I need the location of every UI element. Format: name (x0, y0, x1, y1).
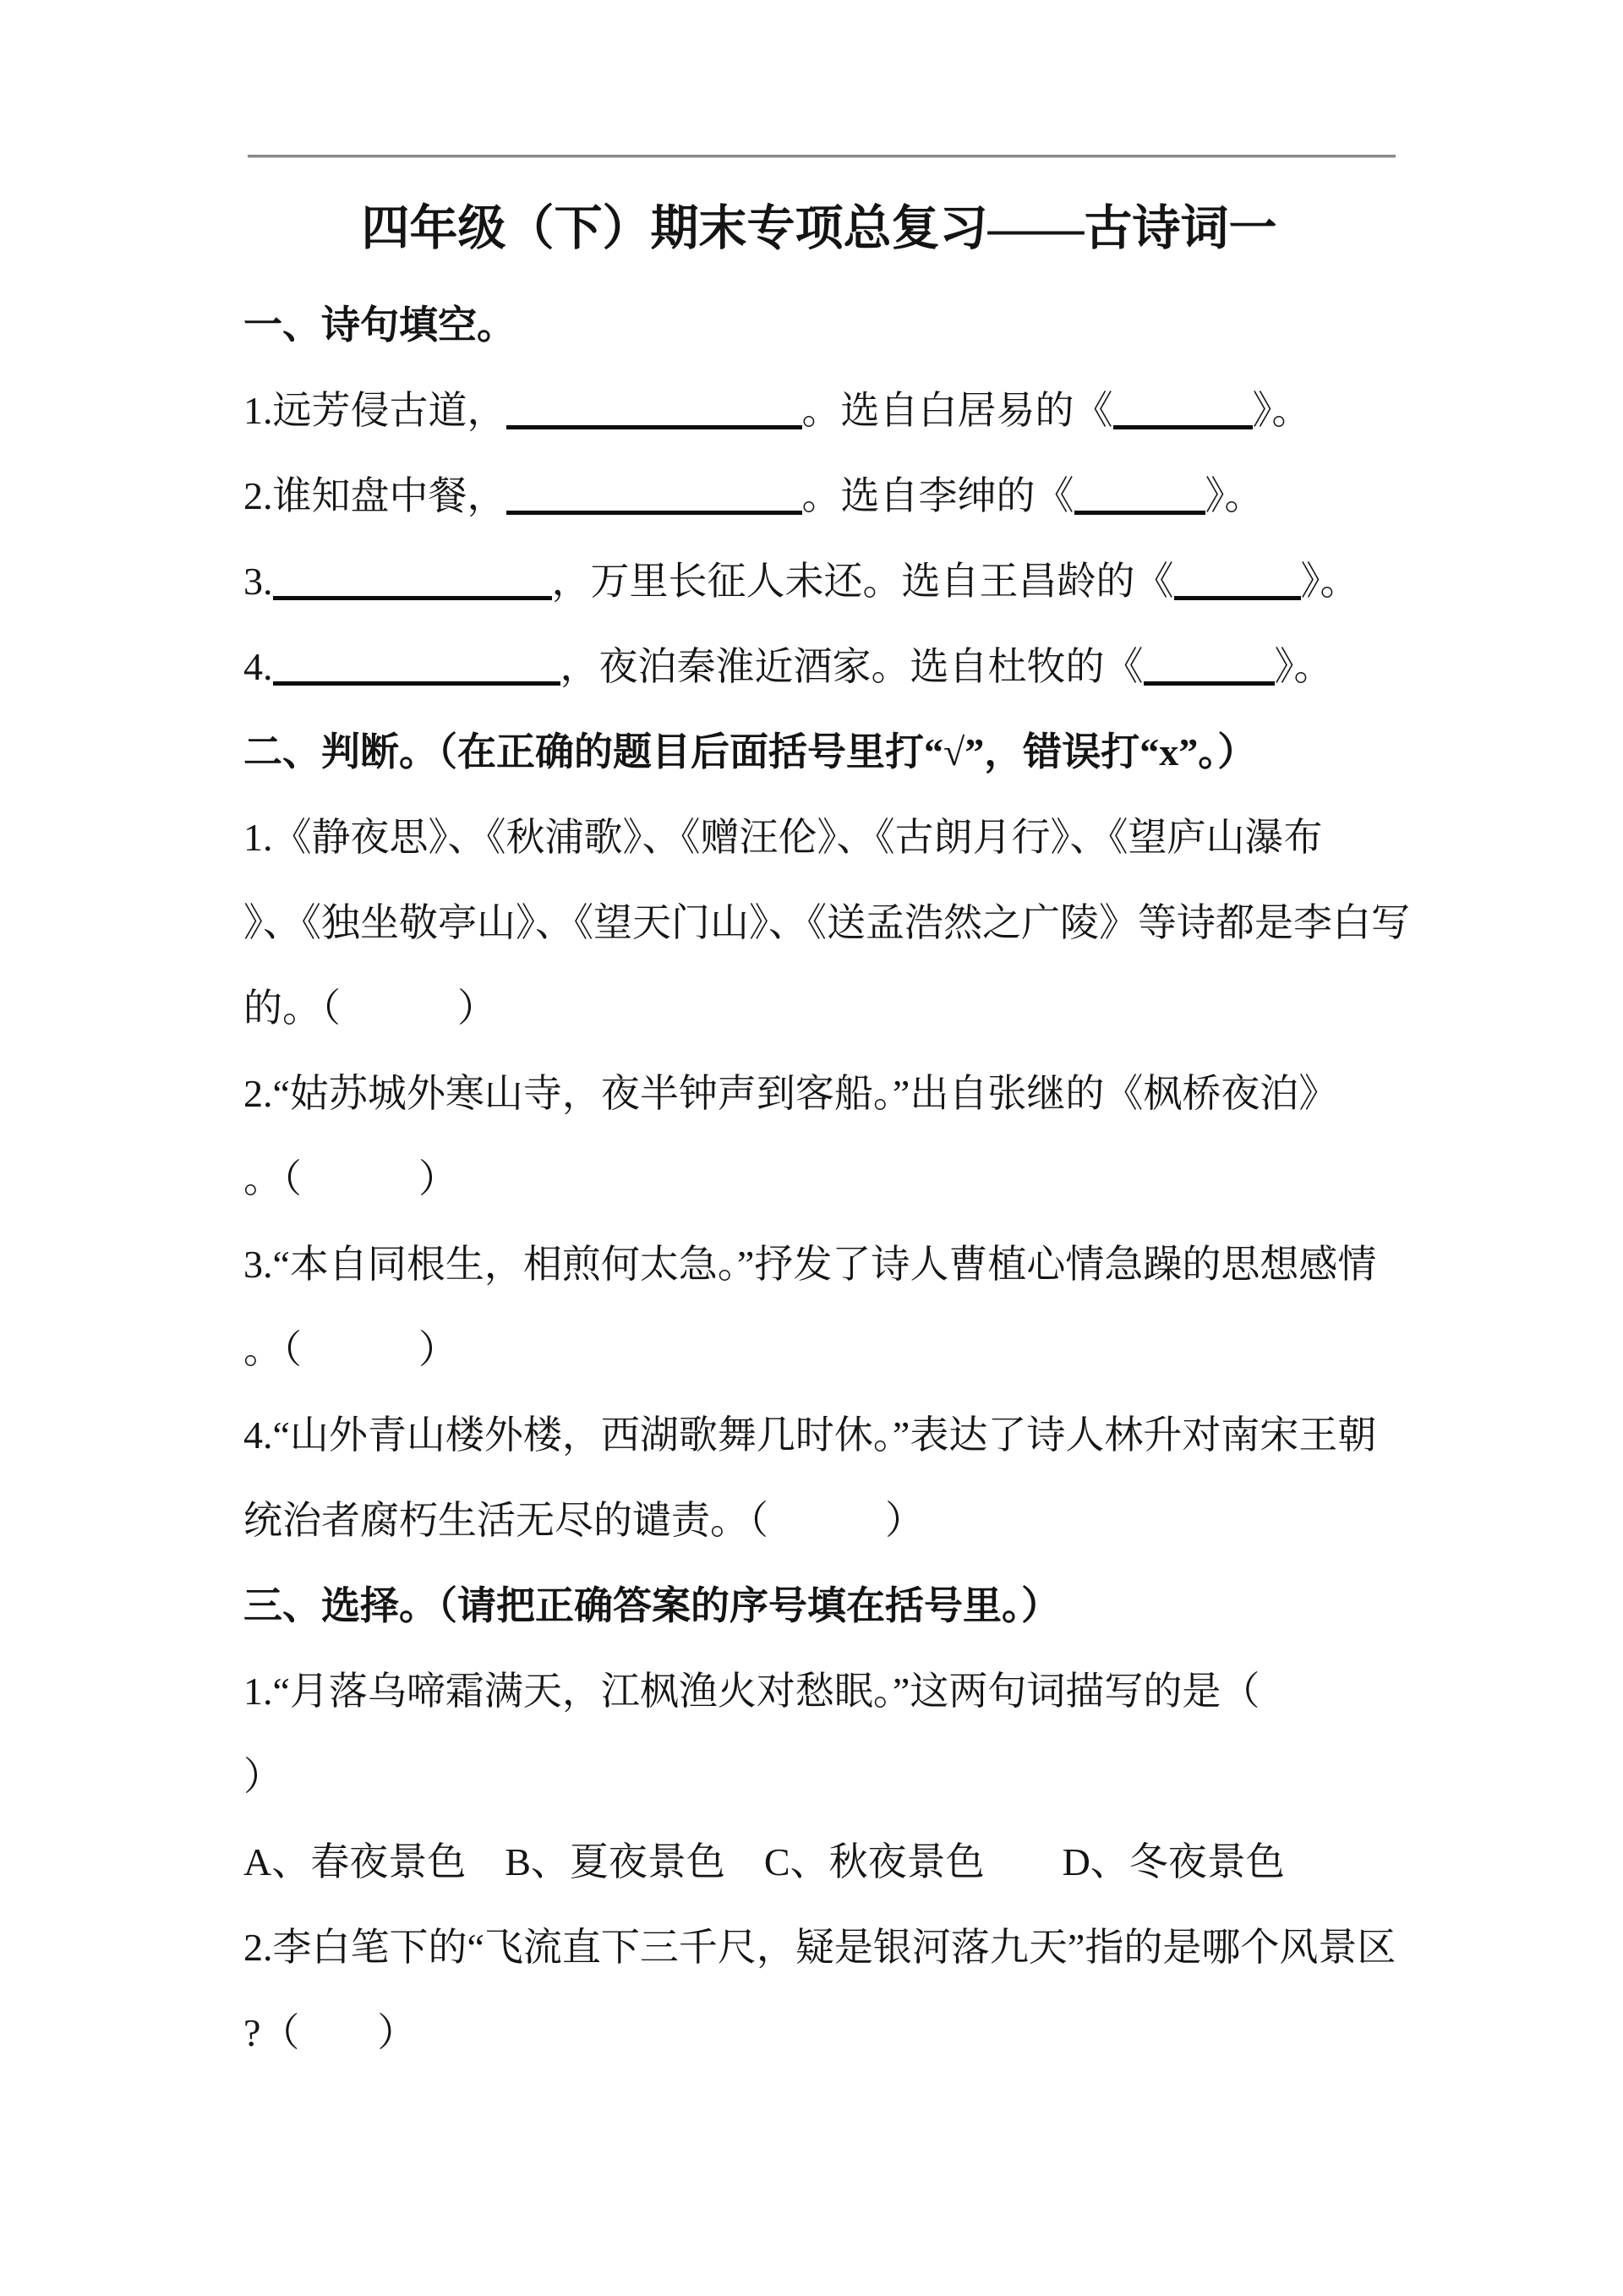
document-content: 四年级（下）期末专项总复习——古诗词一 一、诗句填空。1.远芳侵古道，。选自白居… (243, 0, 1395, 2075)
question-text: 统治者腐朽生活无尽的谴责。（ ） (243, 1499, 924, 1542)
question-text: 1.《静夜思》、《秋浦歌》、《赠汪伦》、《古朗月行》、《望庐山瀑布 (243, 816, 1323, 859)
question-text: 。选自白居易的《 (802, 389, 1113, 432)
question-text: 4. (243, 645, 273, 688)
question-line: 的。（ ） (243, 965, 1395, 1051)
section-3: 三、选择。（请把正确答案的序号填在括号里。）1.“月落乌啼霜满天，江枫渔火对愁眠… (243, 1563, 1395, 2075)
fill-blank-underline (1113, 390, 1253, 429)
question-text: 》。 (1301, 560, 1359, 603)
sections-container: 一、诗句填空。1.远芳侵古道，。选自白居易的《》。2.谁知盘中餐，。选自李绅的《… (243, 282, 1395, 2075)
fill-blank-underline (273, 646, 560, 686)
question-line: 3.，万里长征人未还。选自王昌龄的《》。 (243, 538, 1395, 624)
question-text: 。选自李绅的《 (802, 474, 1074, 517)
question-text: A、春夜景色 B、夏夜景色 C、秋夜景色 D、冬夜景色 (243, 1840, 1285, 1883)
section-heading: 二、判断。（在正确的题目后面括号里打“√”，错误打“x”。） (243, 709, 1395, 795)
question-text: 2.“姑苏城外寒山寺，夜半钟声到客船。”出自张继的《枫桥夜泊》 (243, 1072, 1337, 1115)
question-text: 4.“山外青山楼外楼，西湖歌舞几时休。”表达了诗人林升对南宋王朝 (243, 1413, 1376, 1457)
question-text: 2.李白笔下的“飞流直下三千尺，疑是银河落九天”指的是哪个风景区 (243, 1926, 1396, 1969)
question-line: 。（ ） (243, 1136, 1395, 1222)
section-heading: 一、诗句填空。 (243, 282, 1395, 368)
question-line: 2.“姑苏城外寒山寺，夜半钟声到客船。”出自张继的《枫桥夜泊》 (243, 1051, 1395, 1136)
question-text: 》。 (1275, 645, 1333, 688)
question-text: 3.“本自同根生，相煎何太急。”抒发了诗人曹植心情急躁的思想感情 (243, 1243, 1376, 1286)
question-text: 2.谁知盘中餐， (243, 474, 506, 517)
question-text: ?（ ） (243, 2011, 416, 2054)
question-text: 1.“月落乌啼霜满天，江枫渔火对愁眠。”这两句词描写的是（ (243, 1670, 1260, 1713)
question-line: ?（ ） (243, 1990, 1395, 2075)
question-line: 2.李白笔下的“飞流直下三千尺，疑是银河落九天”指的是哪个风景区 (243, 1905, 1395, 1990)
question-text: 3. (243, 560, 273, 603)
question-line: 。（ ） (243, 1307, 1395, 1392)
fill-blank-underline (1074, 475, 1205, 515)
question-line: 1.远芳侵古道，。选自白居易的《》。 (243, 368, 1395, 453)
section-2: 二、判断。（在正确的题目后面括号里打“√”，错误打“x”。）1.《静夜思》、《秋… (243, 709, 1395, 1563)
question-text: 》。 (1253, 389, 1311, 432)
question-line: ） (243, 1734, 1395, 1819)
section-1: 一、诗句填空。1.远芳侵古道，。选自白居易的《》。2.谁知盘中餐，。选自李绅的《… (243, 282, 1395, 709)
section-heading: 三、选择。（请把正确答案的序号填在括号里。） (243, 1563, 1395, 1648)
fill-blank-underline (1144, 646, 1275, 686)
question-text: 。（ ） (243, 1328, 457, 1371)
fill-blank-underline (1174, 560, 1301, 600)
question-line: 1.“月落乌啼霜满天，江枫渔火对愁眠。”这两句词描写的是（ (243, 1648, 1395, 1734)
question-line: 4.，夜泊秦淮近酒家。选自杜牧的《》。 (243, 624, 1395, 709)
question-line: 4.“山外青山楼外楼，西湖歌舞几时休。”表达了诗人林升对南宋王朝 (243, 1392, 1395, 1478)
question-line: 》、《独坐敬亭山》、《望天门山》、《送孟浩然之广陵》等诗都是李白写 (243, 880, 1395, 965)
question-text: 》、《独坐敬亭山》、《望天门山》、《送孟浩然之广陵》等诗都是李白写 (243, 901, 1410, 944)
question-text: ，夜泊秦淮近酒家。选自杜牧的《 (560, 645, 1144, 688)
question-line: 3.“本自同根生，相煎何太急。”抒发了诗人曹植心情急躁的思想感情 (243, 1222, 1395, 1307)
question-text: 的。（ ） (243, 987, 496, 1030)
question-text: ，万里长征人未还。选自王昌龄的《 (552, 560, 1174, 603)
fill-blank-underline (506, 390, 802, 429)
question-text: ） (243, 1755, 282, 1798)
question-text: 》。 (1205, 474, 1264, 517)
question-line: 1.《静夜思》、《秋浦歌》、《赠汪伦》、《古朗月行》、《望庐山瀑布 (243, 795, 1395, 880)
question-line: 2.谁知盘中餐，。选自李绅的《》。 (243, 453, 1395, 538)
question-text: 1.远芳侵古道， (243, 389, 506, 432)
question-text: 。（ ） (243, 1157, 457, 1200)
fill-blank-underline (506, 475, 802, 515)
question-line: A、春夜景色 B、夏夜景色 C、秋夜景色 D、冬夜景色 (243, 1819, 1395, 1905)
page-title: 四年级（下）期末专项总复习——古诗词一 (243, 201, 1395, 257)
document-page: 四年级（下）期末专项总复习——古诗词一 一、诗句填空。1.远芳侵古道，。选自白居… (0, 0, 1623, 2296)
fill-blank-underline (273, 560, 552, 600)
question-line: 统治者腐朽生活无尽的谴责。（ ） (243, 1478, 1395, 1563)
